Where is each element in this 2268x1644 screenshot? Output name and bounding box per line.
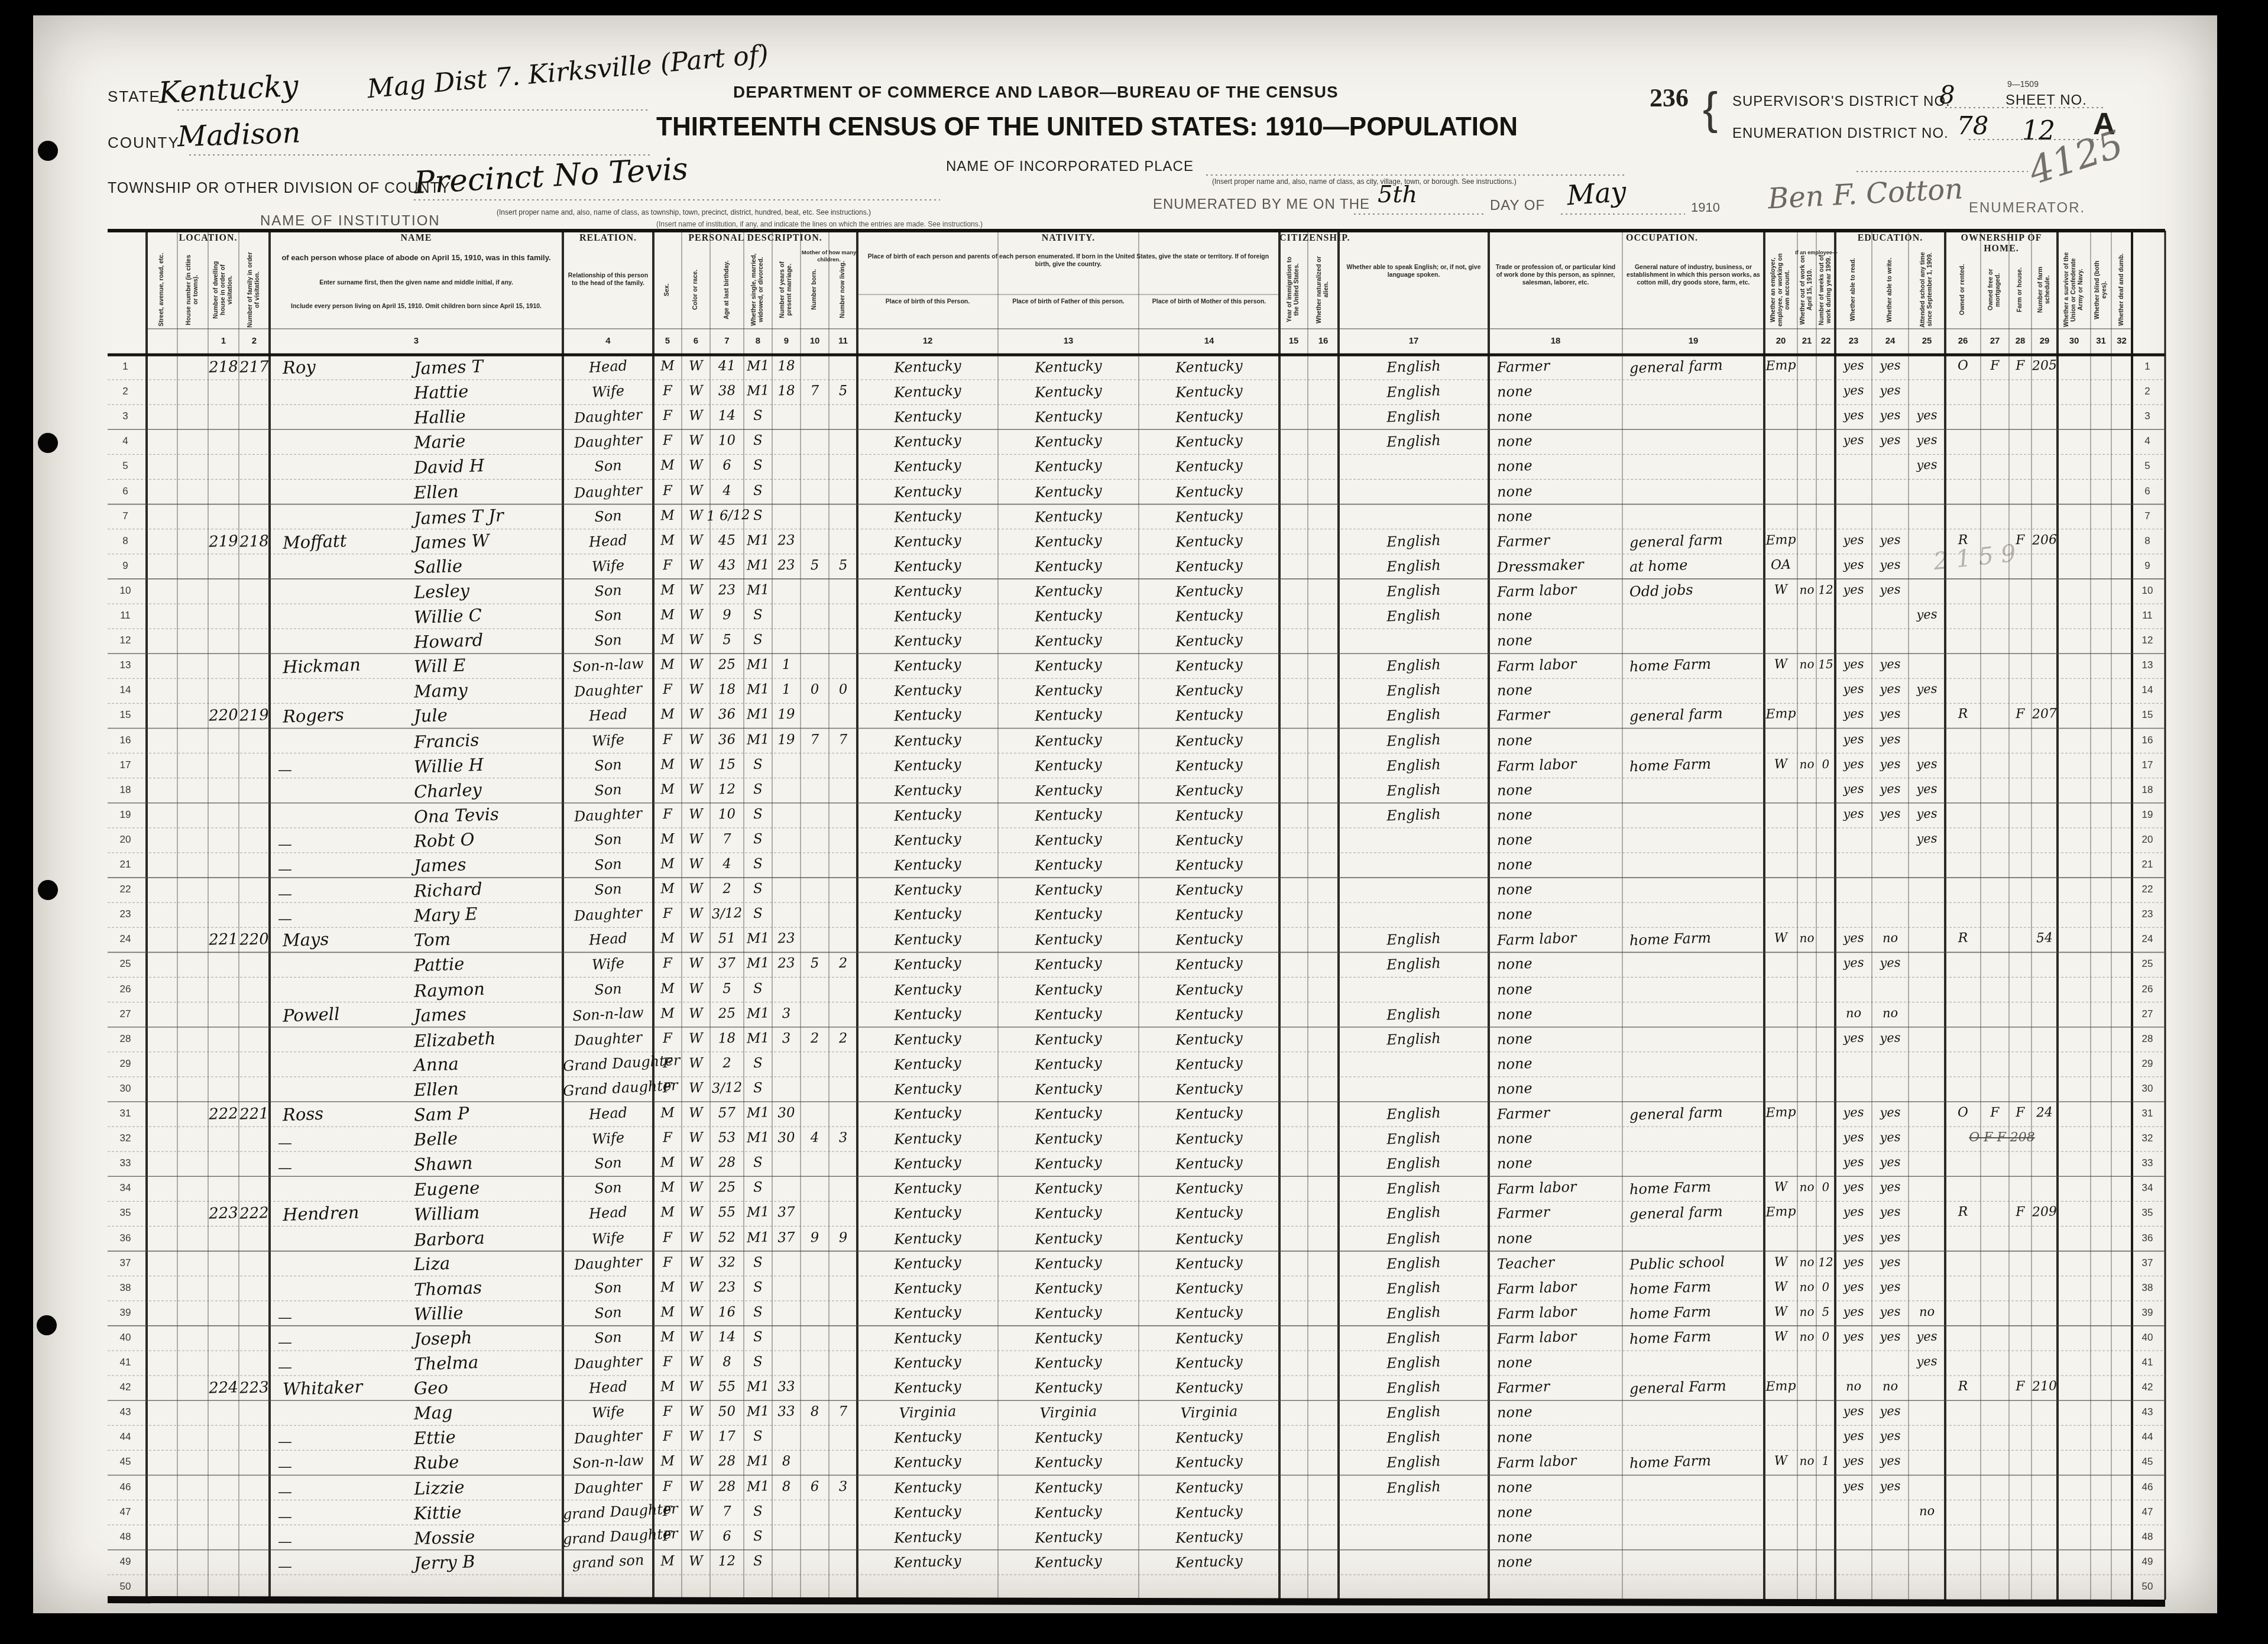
cell-given-name: James T Jr [413,505,504,528]
cell-given-name: Rube [413,1452,459,1474]
row-number-left: 16 [108,734,143,746]
row-number-left: 23 [108,908,143,920]
row-number-right: 3 [2132,410,2163,422]
row-number-left: 24 [108,933,143,945]
row-number-right: 37 [2132,1257,2163,1269]
cell-given-name: Mag [413,1402,453,1423]
cell-attended-school: yes [1905,407,1949,423]
cell-family-number: 221 [235,1105,273,1124]
cell-employment-class: Emp [1761,706,1802,722]
cell-can-write: yes [1868,582,1913,598]
row-number-right: 43 [2132,1406,2163,1418]
cell-home-owned: R [1942,1378,1985,1394]
cell-trade: none [1497,507,1533,525]
cell-given-name: Richard [413,879,482,901]
cell-given-name: Joseph [413,1327,472,1349]
cell-marital: S [740,1503,776,1520]
cell-can-write: yes [1868,1130,1913,1145]
cell-marital: S [740,781,776,798]
cell-trade: none [1497,1553,1533,1571]
row-number-right: 11 [2132,610,2163,622]
cell-trade: Farmer [1497,1204,1550,1222]
cell-trade: none [1497,1080,1533,1098]
cell-attended-school: yes [1905,1354,1949,1370]
row-number-right: 46 [2132,1481,2163,1493]
cell-marital: S [740,1179,776,1196]
cell-trade: Teacher [1497,1254,1555,1272]
cell-can-write: yes [1868,1453,1913,1469]
cell-years-married: 1 [769,656,805,673]
cell-industry: Public school [1629,1253,1725,1273]
cell-trade: none [1497,1403,1533,1421]
cell-attended-school: yes [1905,457,1949,473]
cell-marital: S [740,482,776,499]
cell-given-name: Lizzie [413,1477,465,1499]
cell-ditto-dash: — [278,836,292,853]
cell-farm-schedule: 24 [2028,1105,2062,1121]
cell-given-name: Jerry B [413,1551,475,1574]
cell-years-married: 30 [769,1105,805,1121]
cell-ditto-dash: — [278,911,292,927]
cell-surname: Rogers [282,705,344,727]
cell-surname: Powell [282,1004,339,1025]
row-number-right: 44 [2132,1431,2163,1443]
cell-employment-class: Emp [1761,1105,1802,1121]
cell-given-name: Belle [413,1128,458,1150]
cell-surname: Hendren [282,1202,359,1225]
cell-given-name: Marie [413,431,465,453]
cell-ditto-dash: — [278,861,292,878]
row-number-left: 9 [108,560,143,572]
cell-family-number: 222 [235,1204,273,1223]
row-number-left: 4 [108,435,143,447]
cell-industry: Odd jobs [1629,581,1694,600]
row-number-left: 22 [108,884,143,895]
cell-marital: S [740,607,776,623]
row-number-right: 18 [2132,784,2163,796]
row-number-left: 38 [108,1282,143,1294]
cell-trade: Farm labor [1497,930,1577,949]
cell-trade: none [1497,806,1533,824]
cell-marital: S [740,856,776,872]
row-number-right: 35 [2132,1207,2163,1219]
row-number-left: 33 [108,1157,143,1169]
cell-can-write: no [1868,1378,1913,1394]
cell-can-write: yes [1868,557,1913,573]
cell-given-name: Tom [413,929,451,950]
cell-can-write: no [1868,1005,1913,1021]
cell-given-name: Eugene [413,1177,480,1200]
row-number-right: 31 [2132,1108,2163,1119]
cell-can-write: yes [1868,1229,1913,1245]
cell-farm-schedule: 206 [2028,532,2062,548]
row-number-left: 11 [108,610,143,622]
cell-trade: Farm labor [1497,1179,1577,1198]
cell-family-number: 223 [235,1378,273,1397]
cell-farm-schedule: 209 [2028,1204,2062,1220]
cell-given-name: Liza [413,1253,450,1274]
cell-given-name: William [413,1202,479,1225]
cell-trade: Farm labor [1497,755,1577,775]
cell-industry: at home [1629,556,1688,575]
row-number-right: 27 [2132,1008,2163,1020]
row-number-right: 49 [2132,1556,2163,1568]
cell-trade: none [1497,1229,1533,1247]
cell-trade: none [1497,980,1533,998]
cell-can-write: no [1868,930,1913,946]
cell-trade: Farmer [1497,1104,1550,1122]
cell-ditto-dash: — [278,1135,292,1151]
row-number-left: 3 [108,410,143,422]
cell-industry: home Farm [1629,1303,1712,1322]
row-number-right: 4 [2132,435,2163,447]
cell-marital: S [740,1528,776,1545]
cell-industry: general farm [1629,1103,1723,1123]
census-sheet-scan: { "page": { "stamp": "236", "form_no": "… [0,0,2268,1644]
cell-trade: none [1497,1055,1533,1073]
cell-ditto-dash: — [278,1484,292,1500]
cell-given-name: Ona Tevis [413,804,499,827]
cell-given-name: James W [413,530,490,552]
cell-surname: Hickman [282,655,361,678]
cell-trade: Dressmaker [1497,556,1585,575]
cell-home-owned: R [1942,930,1985,946]
cell-trade: Farm labor [1497,1303,1577,1322]
cell-trade: none [1497,1154,1533,1172]
cell-home-owned: R [1942,532,1985,548]
row-number-left: 47 [108,1506,143,1518]
row-number-left: 32 [108,1132,143,1144]
cell-employment-class: Emp [1761,1378,1802,1394]
cell-trade: none [1497,955,1533,973]
cell-trade: none [1497,681,1533,699]
cell-attended-school: yes [1905,607,1949,623]
row-number-right: 47 [2132,1506,2163,1518]
row-number-left: 41 [108,1357,143,1368]
cell-years-married: 23 [769,532,805,549]
cell-can-write: yes [1868,1154,1913,1170]
cell-ditto-dash: — [278,762,292,778]
cell-marital: S [740,1154,776,1171]
row-number-left: 46 [108,1481,143,1493]
row-number-right: 41 [2132,1357,2163,1368]
cell-given-name: Sam P [413,1103,469,1125]
row-number-left: 6 [108,486,143,497]
cell-attended-school: no [1905,1503,1949,1519]
cell-marital: S [740,905,776,922]
cell-trade: Farm labor [1497,1278,1577,1297]
cell-attended-school: yes [1905,806,1949,822]
cell-ditto-dash: — [278,1359,292,1376]
cell-can-write: yes [1868,1403,1913,1419]
row-number-left: 40 [108,1332,143,1344]
cell-employment-class: Emp [1761,532,1802,548]
cell-attended-school: yes [1905,831,1949,847]
row-number-left: 28 [108,1033,143,1045]
cell-given-name: Willie H [413,755,484,777]
row-number-right: 6 [2132,486,2163,497]
cell-farm-schedule: 210 [2028,1378,2062,1394]
cell-given-name: Mary E [413,904,478,926]
cell-given-name: Hattie [413,381,468,403]
cell-marital: S [740,457,776,474]
cell-can-write: yes [1868,358,1913,374]
cell-given-name: Raymon [413,978,485,1001]
cell-farm-schedule: 205 [2028,358,2062,374]
row-number-right: 14 [2132,684,2163,696]
row-number-right: 40 [2132,1332,2163,1344]
row-number-left: 18 [108,784,143,796]
cell-marital: S [740,1055,776,1072]
row-number-left: 29 [108,1058,143,1070]
cell-industry: home Farm [1629,1328,1712,1347]
cell-trade: none [1497,831,1533,849]
row-number-right: 22 [2132,884,2163,895]
cell-trade: none [1497,407,1533,425]
cell-years-married: 18 [769,358,805,374]
row-number-left: 17 [108,759,143,771]
row-number-left: 36 [108,1232,143,1244]
cell-given-name: Ellen [413,481,459,503]
cell-trade: none [1497,1528,1533,1546]
cell-ditto-dash: — [278,1309,292,1326]
row-number-right: 17 [2132,759,2163,771]
cell-ditto-dash: — [278,1458,292,1475]
row-number-right: 28 [2132,1033,2163,1045]
cell-years-married: 19 [769,706,805,723]
row-number-right: 13 [2132,659,2163,671]
cell-given-name: Willie C [413,605,482,627]
cell-marital: S [740,407,776,424]
cell-given-name: Anna [413,1053,459,1075]
cell-trade: none [1497,632,1533,649]
cell-trade: Farmer [1497,706,1550,724]
row-number-right: 23 [2132,908,2163,920]
cell-trade: Farm labor [1497,1452,1577,1472]
cell-marital: S [740,507,776,524]
cell-can-write: yes [1868,1030,1913,1046]
cell-given-name: Pattie [413,954,464,976]
cell-given-name: Robt O [413,829,475,852]
row-number-left: 13 [108,659,143,671]
row-number-left: 25 [108,958,143,970]
row-number-left: 30 [108,1083,143,1095]
row-number-left: 27 [108,1008,143,1020]
cell-farm-schedule: 54 [2028,930,2062,946]
cell-trade: none [1497,781,1533,799]
cell-years-married: 23 [769,930,805,947]
cell-trade: none [1497,482,1533,500]
cell-surname: Roy [282,357,316,378]
cell-years-married: 3 [769,1005,805,1022]
cell-marital: S [740,1080,776,1096]
row-number-left: 48 [108,1531,143,1543]
row-number-right: 26 [2132,983,2163,995]
row-number-left: 21 [108,859,143,870]
cell-given-name: Ellen [413,1079,459,1101]
row-number-right: 25 [2132,958,2163,970]
row-number-left: 8 [108,535,143,547]
cell-industry: general farm [1629,531,1723,551]
row-number-left: 43 [108,1406,143,1418]
row-number-left: 5 [108,460,143,472]
cell-trade: Farm labor [1497,656,1577,675]
cell-can-write: yes [1868,1204,1913,1220]
cell-home-owned: R [1942,706,1985,722]
cell-out-of-work: no [1794,931,1820,946]
row-number-left: 19 [108,809,143,821]
cell-surname: Whitaker [282,1377,362,1400]
row-number-right: 15 [2132,709,2163,721]
cell-can-write: yes [1868,706,1913,722]
cell-given-name: Thelma [413,1352,478,1374]
cell-marital: S [740,756,776,773]
cell-marital: S [740,432,776,449]
cell-can-write: yes [1868,1428,1913,1444]
cell-marital: S [740,1329,776,1345]
cell-industry: home Farm [1629,755,1712,775]
cell-trade: Farmer [1497,1378,1550,1397]
cell-surname: Mays [282,929,329,951]
cell-given-name: Jule [413,705,448,726]
row-number-right: 10 [2132,585,2163,597]
cell-given-name: Elizabeth [413,1028,495,1051]
cell-ditto-dash: — [278,1533,292,1550]
row-number-left: 31 [108,1108,143,1119]
row-number-right: 5 [2132,460,2163,472]
cell-trade: none [1497,1503,1533,1521]
cell-attended-school: yes [1905,756,1949,772]
row-number-right: 30 [2132,1083,2163,1095]
row-number-left: 49 [108,1556,143,1568]
cell-given-name: Lesley [413,580,469,602]
row-number-right: 12 [2132,635,2163,646]
cell-marital: S [740,881,776,897]
cell-marital: S [740,1428,776,1445]
cell-given-name: Mamy [413,680,468,702]
cell-ditto-dash: — [278,1334,292,1351]
cell-given-name: James T [413,356,483,378]
row-number-left: 15 [108,709,143,721]
row-number-right: 21 [2132,859,2163,870]
cell-trade: Farm labor [1497,1328,1577,1348]
cell-marital: S [740,632,776,648]
cell-given-name: Howard [413,630,483,652]
cell-can-write: yes [1868,1105,1913,1121]
row-number-right: 2 [2132,386,2163,397]
row-number-right: 8 [2132,535,2163,547]
row-number-right: 34 [2132,1182,2163,1194]
cell-can-write: yes [1868,1279,1913,1295]
cell-given-name: Hallie [413,406,466,428]
row-number-left: 34 [108,1182,143,1194]
cell-trade: none [1497,1030,1533,1048]
cell-trade: Farm labor [1497,581,1577,601]
row-number-left: 20 [108,834,143,846]
row-number-left: 7 [108,510,143,522]
cell-ditto-dash: — [278,1558,292,1575]
row-number-right: 7 [2132,510,2163,522]
cell-ditto-dash: — [278,1160,292,1176]
cell-industry: general Farm [1629,1377,1727,1397]
cell-employment-class: OA [1761,557,1802,573]
cell-farm-schedule: 207 [2028,706,2062,722]
cell-years-married: 33 [769,1378,805,1395]
cell-industry: home Farm [1629,1179,1712,1198]
cell-given-name: Geo [413,1377,448,1399]
cell-attended-school: yes [1905,781,1949,797]
row-number-left: 45 [108,1456,143,1468]
cell-employment-class: Emp [1761,358,1802,374]
cell-marital: S [740,1354,776,1370]
cell-trade: none [1497,457,1533,475]
cell-given-name: James [413,1004,466,1025]
row-number-right: 1 [2132,361,2163,373]
cell-given-name: Thomas [413,1277,482,1300]
cell-employment-class: Emp [1761,1204,1802,1220]
row-number-right: 36 [2132,1232,2163,1244]
cell-trade: none [1497,1130,1533,1147]
cell-years-married: 8 [769,1453,805,1470]
row-number-left: 10 [108,585,143,597]
cell-can-write: yes [1868,1254,1913,1270]
cell-trade: none [1497,856,1533,873]
row-number-right: 24 [2132,933,2163,945]
cell-ditto-dash: — [278,886,292,902]
cell-given-name: Ettie [413,1427,456,1448]
cell-marital: S [740,831,776,847]
row-number-right: 19 [2132,809,2163,821]
cell-given-name: Francis [413,730,479,752]
cell-given-name: James [413,854,466,876]
cell-given-name: Charley [413,779,482,802]
cell-struck-entry: O F F 208 [1946,1130,2058,1145]
row-number-right: 50 [2132,1581,2163,1593]
cell-industry: general farm [1629,357,1723,376]
row-number-right: 39 [2132,1307,2163,1319]
cell-marital: S [740,1304,776,1321]
cell-marital: S [740,1553,776,1569]
cell-industry: home Farm [1629,930,1712,949]
cell-surname: Ross [282,1103,323,1125]
row-number-left: 14 [108,684,143,696]
cell-marital: S [740,1254,776,1271]
cell-marital: S [740,1279,776,1296]
cell-given-name: Mossie [413,1526,475,1549]
cell-industry: home Farm [1629,1278,1712,1297]
cell-surname: Moffatt [282,530,346,553]
row-number-left: 12 [108,635,143,646]
row-number-left: 35 [108,1207,143,1219]
row-number-left: 2 [108,386,143,397]
row-number-left: 44 [108,1431,143,1443]
row-number-right: 45 [2132,1456,2163,1468]
cell-can-write: yes [1868,656,1913,672]
cell-trade: none [1497,881,1533,898]
row-number-right: 42 [2132,1381,2163,1393]
cell-trade: none [1497,905,1533,923]
cell-given-name: Will E [413,655,466,677]
cell-marital: S [740,806,776,823]
row-number-left: 42 [108,1381,143,1393]
cell-given-name: Shawn [413,1153,472,1174]
cell-ditto-dash: — [278,1433,292,1450]
row-number-left: 26 [108,983,143,995]
cell-can-write: yes [1868,731,1913,747]
cell-trade: none [1497,1005,1533,1023]
row-number-right: 33 [2132,1157,2163,1169]
row-number-left: 39 [108,1307,143,1319]
